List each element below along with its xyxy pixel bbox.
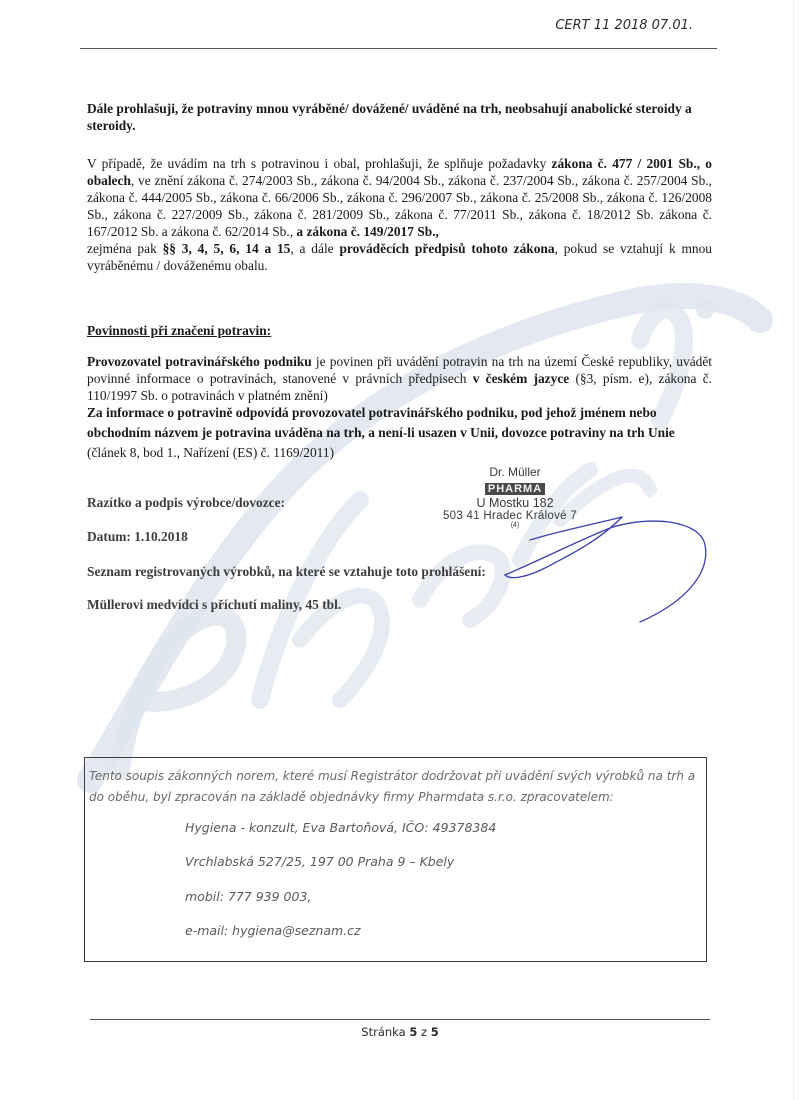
stamp-street: U Mostku 182 bbox=[440, 497, 590, 510]
regulation-ref: (článek 8, bod 1., Nařízení (ES) č. 1169… bbox=[87, 445, 334, 460]
date-label: Datum: 1.10.2018 bbox=[87, 528, 712, 545]
packaging-text-3: , a dále bbox=[290, 241, 339, 256]
footer-divider bbox=[90, 1019, 710, 1020]
operator-term: Provozovatel potravinářského podniku bbox=[87, 354, 312, 369]
processor-email[interactable]: e-mail: hygiena@seznam.cz bbox=[185, 923, 361, 938]
processor-phone: mobil: 777 939 003, bbox=[185, 889, 311, 904]
packaging-sections: §§ 3, 4, 5, 6, 14 a 15 bbox=[163, 241, 291, 256]
processor-info-box: Tento soupis zákonných norem, které musí… bbox=[84, 757, 707, 962]
labeling-paragraph-2: Za informace o potravině odpovídá provoz… bbox=[87, 403, 712, 463]
packaging-text: V případě, že uvádím na trh s potravinou… bbox=[87, 156, 552, 171]
document-code: CERT 11 2018 07.01. bbox=[555, 18, 693, 33]
stamp-name: Dr. Müller bbox=[440, 466, 590, 479]
packaging-text-2: zejména pak bbox=[87, 241, 163, 256]
stamp-city: 503 41 Hradec Králové 7 bbox=[430, 510, 590, 522]
packaging-regulations: prováděcích předpisů tohoto zákona bbox=[339, 241, 554, 256]
page-total: 5 bbox=[431, 1025, 439, 1039]
page-number: Stránka 5 z 5 bbox=[0, 1025, 800, 1039]
stamp-signature-label: Razítko a podpis výrobce/dovozce: bbox=[87, 494, 712, 511]
stamp-brand: PHARMA bbox=[485, 483, 545, 495]
steroids-declaration: Dále prohlašuji, že potraviny mnou vyráb… bbox=[87, 100, 712, 134]
page-separator: z bbox=[417, 1025, 430, 1039]
packaging-amendment-2017: a zákona č. 149/2017 Sb., bbox=[296, 224, 438, 239]
page-edge bbox=[793, 0, 794, 1100]
header-divider bbox=[80, 48, 717, 49]
czech-language-term: v českém jazyce bbox=[473, 371, 570, 386]
processor-company: Hygiena - konzult, Eva Bartoňová, IČO: 4… bbox=[185, 820, 496, 835]
labeling-heading: Povinnosti při značení potravin: bbox=[87, 322, 712, 339]
info-intro: Tento soupis zákonných norem, které musí… bbox=[89, 766, 701, 808]
processor-address: Vrchlabská 527/25, 197 00 Praha 9 – Kbel… bbox=[185, 854, 454, 869]
page-label: Stránka bbox=[361, 1025, 409, 1039]
company-stamp: Dr. Müller PHARMA U Mostku 182 503 41 Hr… bbox=[440, 466, 590, 530]
products-label: Seznam registrovaných výrobků, na které … bbox=[87, 563, 712, 580]
labeling-paragraph-1: Provozovatel potravinářského podniku je … bbox=[87, 353, 712, 404]
product-item: Müllerovi medvídci s příchutí maliny, 45… bbox=[87, 596, 712, 613]
responsibility-statement: Za informace o potravině odpovídá provoz… bbox=[87, 405, 675, 440]
stamp-number: (4) bbox=[440, 522, 590, 530]
packaging-paragraph: V případě, že uvádím na trh s potravinou… bbox=[87, 155, 712, 274]
